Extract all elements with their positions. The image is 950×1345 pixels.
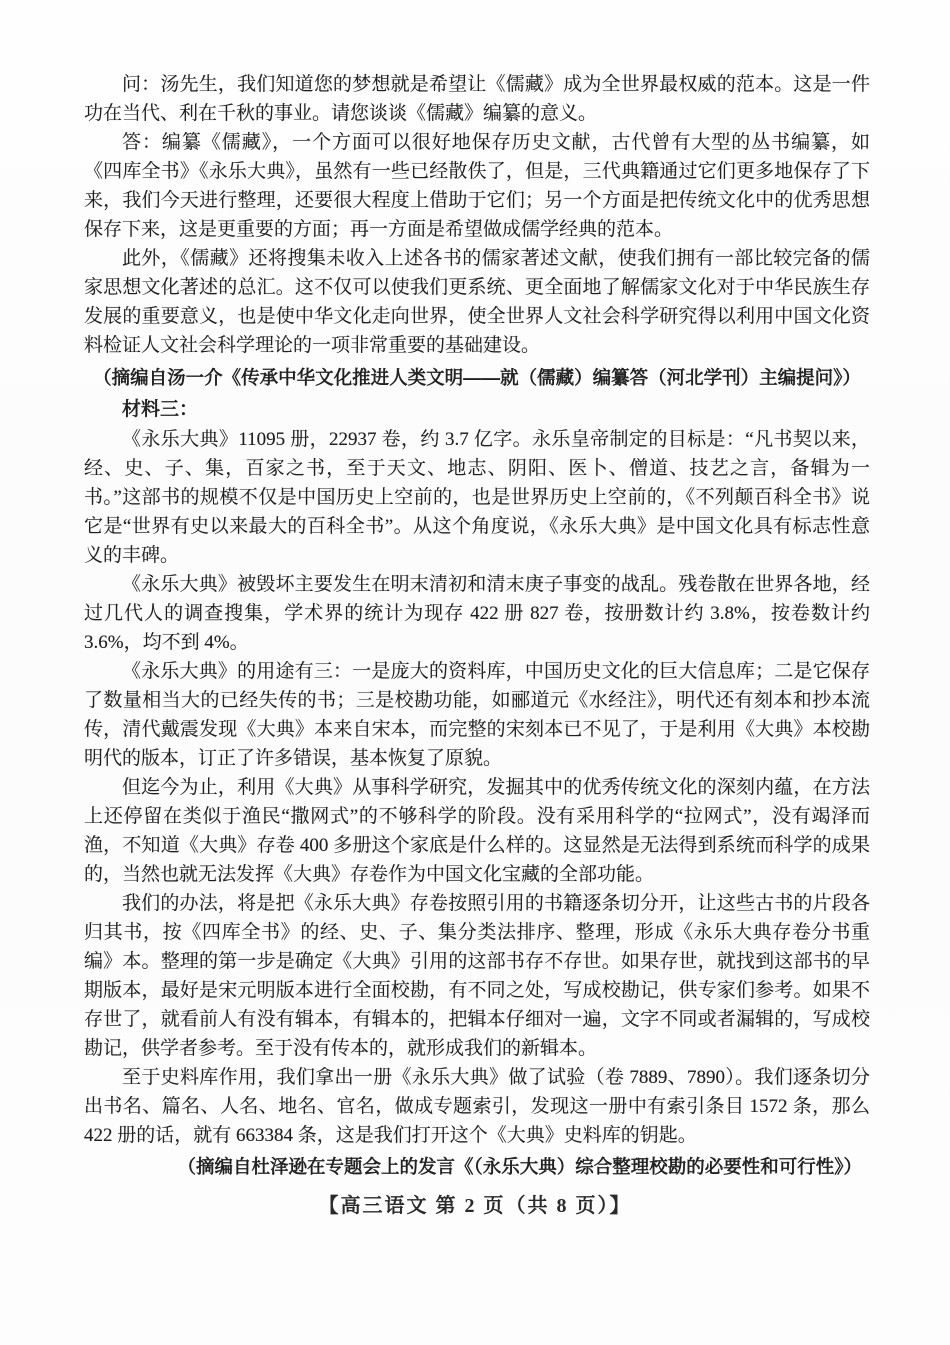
material-three-label: 材料三： [84,395,870,424]
scanned-exam-page: 问：汤先生，我们知道您的梦想就是希望让《儒藏》成为全世界最权威的范本。这是一件功… [0,0,950,1345]
paragraph-interview-question: 问：汤先生，我们知道您的梦想就是希望让《儒藏》成为全世界最权威的范本。这是一件功… [84,70,870,128]
text-block: 问：汤先生，我们知道您的梦想就是希望让《儒藏》成为全世界最权威的范本。这是一件功… [84,70,870,1181]
paragraph-ruzang-compendium: 此外，《儒藏》还将搜集未收入上述各书的儒家著述文献，使我们拥有一部比较完备的儒家… [84,244,870,360]
paragraph-reorganization-method: 我们的办法，将是把《永乐大典》存卷按照引用的书籍逐条切分开，让这些古书的片段各归… [84,889,870,1063]
page-footer: 【高三语文 第 2 页（共 8 页）】 [0,1192,950,1221]
paragraph-interview-answer: 答：编纂《儒藏》，一个方面可以很好地保存历史文献，古代曾有大型的丛书编纂，如《四… [84,128,870,244]
paragraph-yongle-overview: 《永乐大典》11095 册，22937 卷，约 3.7 亿字。永乐皇帝制定的目标… [84,425,870,570]
paragraph-yongle-destruction: 《永乐大典》被毁坏主要发生在明末清初和清末庚子事变的战乱。残卷散在世界各地，经过… [84,570,870,657]
paragraph-research-limitations: 但迄今为止，利用《大典》从事科学研究，发掘其中的优秀传统文化的深刻内蕴，在方法上… [84,773,870,889]
source-attribution-material-two: （摘编自汤一介《传承中华文化推进人类文明——就（儒藏）编纂答（河北学刊）主编提问… [84,363,870,392]
paragraph-index-experiment: 至于史料库作用，我们拿出一册《永乐大典》做了试验（卷 7889、7890）。我们… [84,1063,870,1150]
source-attribution-material-three: （摘编自杜泽逊在专题会上的发言《（永乐大典）综合整理校勘的必要性和可行性》） [84,1152,870,1181]
paragraph-yongle-three-uses: 《永乐大典》的用途有三：一是庞大的资料库，中国历史文化的巨大信息库；二是它保存了… [84,657,870,773]
